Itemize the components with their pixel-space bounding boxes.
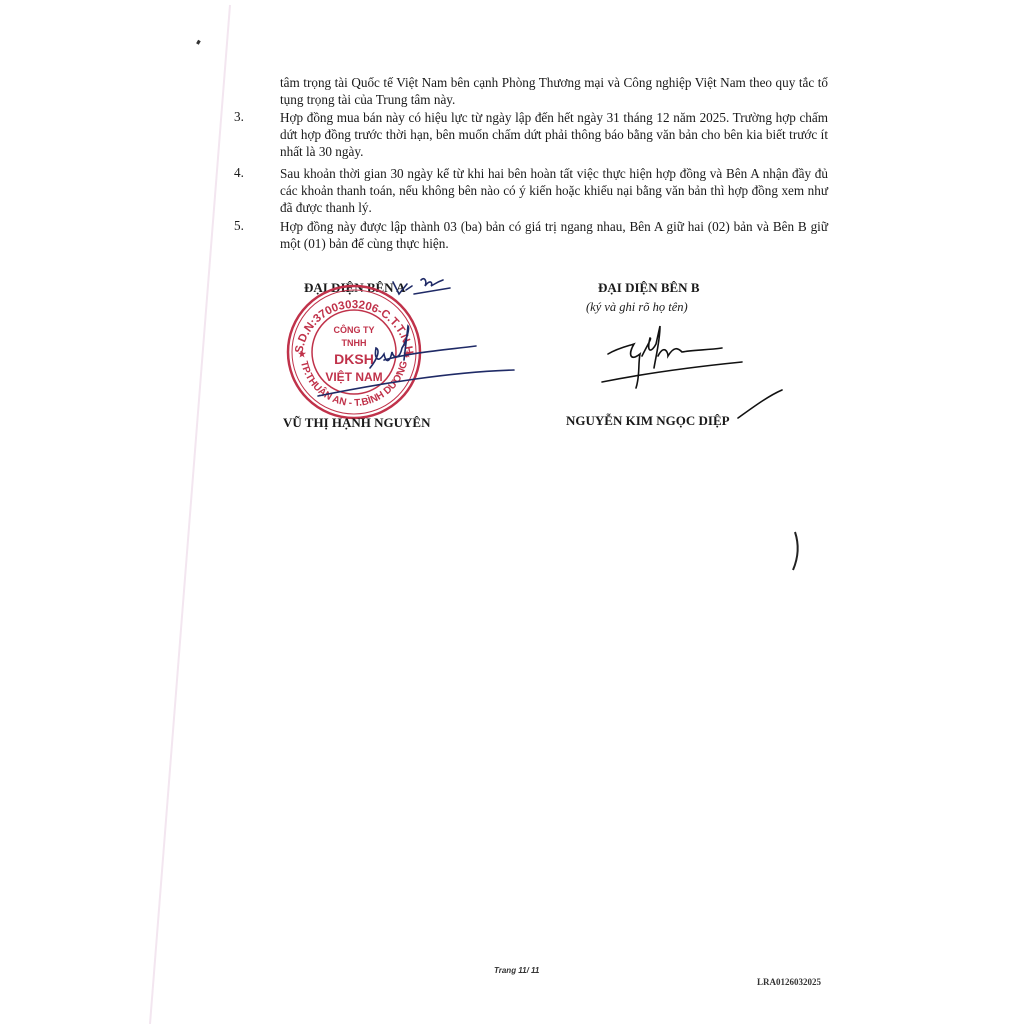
signature-party-a — [318, 279, 514, 396]
page-number: Trang 11/ 11 — [494, 966, 539, 975]
party-a-name: VŨ THỊ HẠNH NGUYÊN — [283, 415, 430, 431]
pen-mark — [793, 532, 798, 570]
signature-party-b — [602, 326, 782, 418]
signatures-overlay — [0, 0, 1024, 1024]
party-b-name: NGUYỄN KIM NGỌC DIỆP — [566, 413, 730, 429]
document-code: LRA0126032025 — [757, 977, 821, 987]
